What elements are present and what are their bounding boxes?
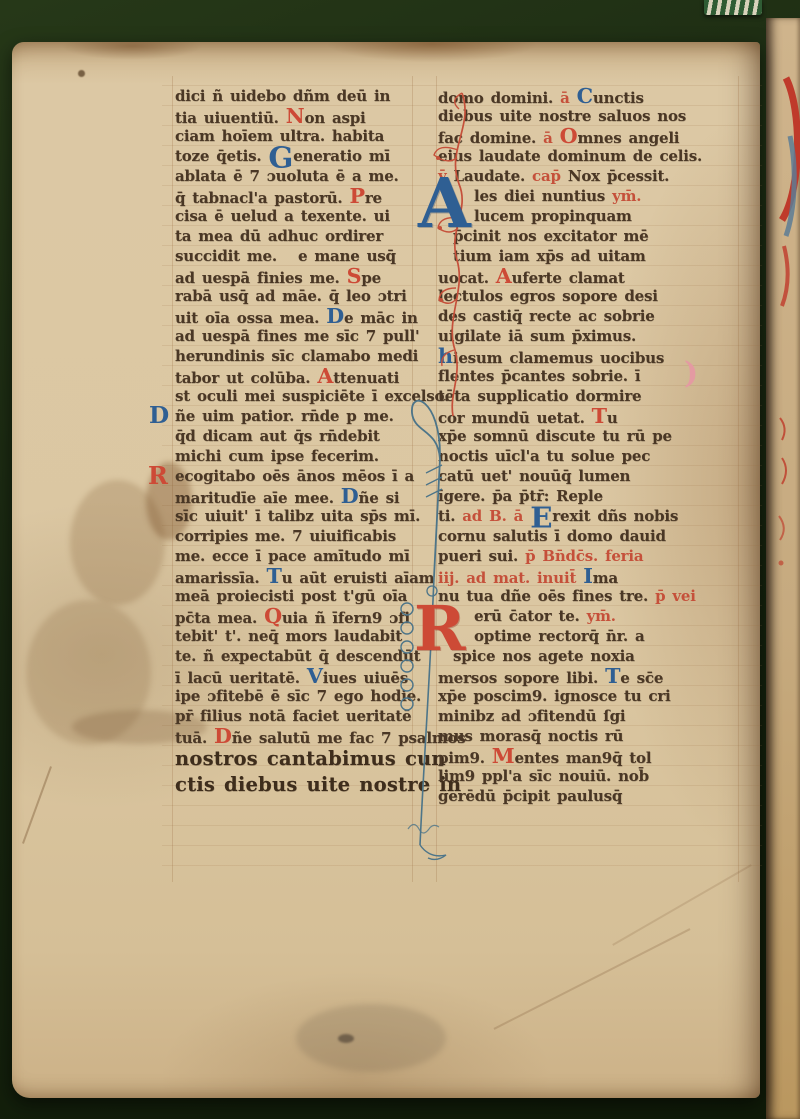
manuscript-line: p̄cinit nos excitator mē [438, 226, 746, 246]
text-segment: gerēdū p̄cipit paulusq̄ [438, 787, 622, 805]
manuscript-line: fac domine. ā Omnes angeli [438, 126, 746, 146]
text-segment: q̄d dicam aut q̄s rn̄debit [175, 427, 380, 445]
manuscript-line: dici ñ uidebo dñm deū in [175, 86, 427, 106]
text-segment: tabor ut colūba. [175, 369, 317, 387]
initial-letter: R [148, 466, 168, 486]
text-segment: ta mea dū adhuc ordirer [175, 227, 383, 245]
manuscript-line: catū uet' nouūq̄ lumen [438, 466, 746, 486]
manuscript-line: ta mea dū adhuc ordirer [175, 226, 427, 246]
manuscript-line: amarissīa. Tu aūt eruisti aīam [175, 566, 427, 586]
text-segment: unctis [593, 89, 644, 107]
manuscript-line: optime rectorq̄ n̄r. a [438, 626, 746, 646]
text-segment: dici ñ uidebo dñm deū in [175, 87, 390, 105]
ink-fleck [338, 1034, 354, 1043]
manuscript-line: īgere. p̄a p̄tr̄: Reple [438, 486, 746, 506]
manuscript-line: Dñe uim patior. rn̄de p me. [175, 406, 427, 426]
manuscript-line: ad uespā fines me sīc 7 pull' [175, 326, 427, 346]
manuscript-line: les diei nuntius ym̄. [438, 186, 746, 206]
text-segment: p̄cinit nos excitator mē [453, 227, 649, 245]
text-segment: ad uespā fines me sīc 7 pull' [175, 327, 419, 345]
initial-letter: T [605, 664, 620, 688]
manuscript-line: spice nos agete noxia [438, 646, 746, 666]
manuscript-line: ciam hoīem ultra. habita [175, 126, 427, 146]
text-segment: ablata ē 7 ɔuoluta ē a me. [175, 167, 399, 185]
text-segment: ñe uim patior. rn̄de p me. [175, 407, 394, 425]
manuscript-line: ctis diebus uite nostre in [175, 772, 427, 798]
text-segment: ecogitabo oēs ānos mēos ī a [175, 467, 414, 485]
text-segment: spice nos agete noxia [453, 647, 635, 665]
manuscript-line: ablata ē 7 ɔuoluta ē a me. [175, 166, 427, 186]
text-segment: toze q̄etis. [175, 147, 268, 165]
manuscript-line: tuā. Dñe salutū me fac 7 psalmos [175, 726, 427, 746]
manuscript-line: tabor ut colūba. Attenuati [175, 366, 427, 386]
text-segment: me. ecce ī pace amītudo mī [175, 547, 410, 565]
initial-letter: N [286, 104, 305, 128]
initial-letter: D [326, 304, 344, 328]
text-segment: cornu salutis ī domo dauid [438, 527, 666, 545]
text-segment: minibz ad ɔfitendū ſgi [438, 707, 625, 725]
red-penwork-flourish [432, 88, 482, 418]
manuscript-line: xp̄e somnū discute tu rū pe [438, 426, 746, 446]
manuscript-line: lectulos egros sopore desi [438, 286, 746, 306]
manuscript-page: dici ñ uidebo dñm deū intia uiuentiū. No… [12, 42, 760, 1098]
manuscript-line: pc̄ta mea. Quia ñ īfern9 ɔfi [175, 606, 427, 626]
manuscript-line: q̄ tabnacl'a pastorū. Pre [175, 186, 427, 206]
manuscript-line: meā proiecisti post t'gū oīa [175, 586, 427, 606]
pink-correction-mark: ) [684, 356, 698, 391]
text-segment: ī lacū ueritatē. [175, 669, 307, 687]
text-segment: q̄ tabnacl'a pastorū. [175, 189, 349, 207]
manuscript-line: ti. ad B. ā Erexit dñs nobis [438, 506, 746, 526]
text-segment: entes man9q̄ tol [514, 749, 651, 767]
manuscript-line: q̄d dicam aut q̄s rn̄debit [175, 426, 427, 446]
right-text-column: domo domini. ā Cunctisdiebus uite nostre… [438, 86, 746, 806]
manuscript-line: te. ñ expectabūt q̄ descendūt [175, 646, 427, 666]
text-segment: ttenuati [333, 369, 399, 387]
manuscript-line: pim9. Mentes man9q̄ tol [438, 746, 746, 766]
ink-dot [78, 70, 85, 77]
manuscript-line: cor mundū uetat. Tu [438, 406, 746, 426]
text-segment: uia ñ īfern9 ɔfi [282, 609, 410, 627]
text-segment: corripies me. 7 uiuificabis [175, 527, 396, 545]
text-segment: īgere. p̄a p̄tr̄: Reple [438, 487, 603, 505]
text-segment: lim9 ppl'a sīc nouiū. nob̄ [438, 767, 649, 785]
text-segment: Nox p̄cessit. [568, 167, 669, 185]
facing-page-illumination [766, 18, 800, 1119]
text-segment: lucem propinquam [474, 207, 632, 225]
text-segment: ad B. ā [462, 507, 530, 525]
text-segment: amarissīa. [175, 569, 266, 587]
manuscript-line: pueri sui. p̄ Bn̄dc̄s. feria [438, 546, 746, 566]
manuscript-line: uit oīa ossa mea. De māc in [175, 306, 427, 326]
initial-letter: D [214, 724, 232, 748]
initial-letter: D [149, 406, 169, 426]
manuscript-line: maritudīe aīe mee. Dñe si [175, 486, 427, 506]
text-segment: mus morasq̄ noctis rū [438, 727, 623, 745]
manuscript-line: eius laudate dominum de celis. [438, 146, 746, 166]
manuscript-line: hiesum clamemus uocibus [438, 346, 746, 366]
text-segment: ñe si [359, 489, 400, 507]
initial-letter: A [496, 264, 512, 288]
manuscript-line: me. ecce ī pace amītudo mī [175, 546, 427, 566]
initial-letter: D [341, 484, 359, 508]
manuscript-line: st oculi mei suspiciēte ī excelso. [175, 386, 427, 406]
text-segment: ā [543, 129, 560, 147]
manuscript-line: cisa ē uelud a texente. ui [175, 206, 427, 226]
text-segment: tebit' t'. neq̄ mors laudabit [175, 627, 402, 645]
text-segment: maritudīe aīe mee. [175, 489, 341, 507]
initial-letter: P [349, 184, 364, 208]
facing-page-edge [766, 18, 800, 1119]
text-segment: succidit me. e mane usq̄ [175, 247, 396, 265]
crease-line [22, 766, 52, 844]
text-segment: feria [605, 547, 643, 565]
manuscript-line: toze q̄etis. Generatio mī [175, 146, 427, 166]
text-segment: xp̄e poscim9. ignosce tu cri [438, 687, 671, 705]
manuscript-line: uocat. Auferte clamat [438, 266, 746, 286]
initial-letter: S [347, 264, 362, 288]
manuscript-line: lim9 ppl'a sīc nouiū. nob̄ [438, 766, 746, 786]
illuminated-initial-R: R [414, 598, 466, 660]
manuscript-line: ȳ Laudate. cap̄ Nox p̄cessit. [438, 166, 746, 186]
text-segment: on aspi [304, 109, 365, 127]
text-segment: mersos sopore libi. [438, 669, 605, 687]
text-segment: erū c̄ator te. [474, 607, 587, 625]
initial-letter: C [577, 84, 593, 108]
text-segment: e sc̄e [620, 669, 663, 687]
manuscript-line: tium iam xp̄s ad uitam [438, 246, 746, 266]
manuscript-line: Recogitabo oēs ānos mēos ī a [175, 466, 427, 486]
manuscript-line: diebus uite nostre saluos nos [438, 106, 746, 126]
text-segment: uit oīa ossa mea. [175, 309, 326, 327]
manuscript-line: nostros cantabimus cun [175, 746, 427, 772]
manuscript-line: ipe ɔfitebē ē sīc 7 ego hodie. [175, 686, 427, 706]
manuscript-line: rabā usq̄ ad māe. q̄ leo ɔtri [175, 286, 427, 306]
manuscript-line: sīc uiuit' ī talibz uita sp̄s mī. [175, 506, 427, 526]
manuscript-line: minibz ad ɔfitendū ſgi [438, 706, 746, 726]
text-segment: cap̄ [532, 167, 568, 185]
manuscript-line: tia uiuentiū. Non aspi [175, 106, 427, 126]
text-segment: re [365, 189, 382, 207]
manuscript-line: iij. ad mat. inuit̄ Ima [438, 566, 746, 586]
manuscript-line: noctis uīcl'a tu solue pec [438, 446, 746, 466]
text-segment: ad uespā finies me. [175, 269, 347, 287]
manuscript-line: domo domini. ā Cunctis [438, 86, 746, 106]
parchment-smudge [296, 1004, 446, 1072]
manuscript-line: tēta supplicatio dormire [438, 386, 746, 406]
initial-letter: V [307, 664, 323, 688]
initial-letter: I [583, 564, 592, 588]
text-segment: les diei nuntius [474, 187, 612, 205]
text-segment: e māc in [344, 309, 418, 327]
initial-letter: T [266, 564, 281, 588]
initial-letter: A [317, 364, 333, 388]
manuscript-line: uigilate iā sum p̄ximus. [438, 326, 746, 346]
manuscript-line: cornu salutis ī domo dauid [438, 526, 746, 546]
text-segment: pe [361, 269, 381, 287]
text-segment: mnes angeli [577, 129, 679, 147]
text-segment: xp̄e somnū discute tu rū pe [438, 427, 672, 445]
manuscript-line: mersos sopore libi. Te sc̄e [438, 666, 746, 686]
text-segment: michi cum ipse fecerim. [175, 447, 379, 465]
manuscript-line: michi cum ipse fecerim. [175, 446, 427, 466]
manuscript-photo: dici ñ uidebo dñm deū intia uiuentiū. No… [0, 0, 800, 1119]
text-segment: ipe ɔfitebē ē sīc 7 ego hodie. [175, 687, 421, 705]
manuscript-line: lucem propinquam [438, 206, 746, 226]
text-segment: cisa ē uelud a texente. ui [175, 207, 390, 225]
text-segment: ma [593, 569, 618, 587]
text-segment: p̄ Bn̄dc̄s. [525, 547, 605, 565]
text-segment: rabā usq̄ ad māe. q̄ leo ɔtri [175, 287, 407, 305]
initial-letter: M [492, 744, 515, 768]
text-segment: optime rectorq̄ n̄r. a [474, 627, 644, 645]
manuscript-line: tebit' t'. neq̄ mors laudabit [175, 626, 427, 646]
manuscript-line: gerēdū p̄cipit paulusq̄ [438, 786, 746, 806]
manuscript-line: pr̄ filius notā faciet ueritatē [175, 706, 427, 726]
text-segment: pr̄ filius notā faciet ueritatē [175, 707, 411, 725]
text-segment: tia uiuentiū. [175, 109, 286, 127]
manuscript-line: des castiq̄ recte ac sobrie [438, 306, 746, 326]
text-segment: eneratio mī [293, 147, 390, 165]
text-segment: rexit dñs nobis [552, 507, 678, 525]
manuscript-line: nu tua dñe oēs fines tre. p̄ vei [438, 586, 746, 606]
text-segment: uferte clamat [512, 269, 625, 287]
manuscript-line: corripies me. 7 uiuificabis [175, 526, 427, 546]
text-segment: p̄ vei [655, 587, 696, 605]
manuscript-line: flentes p̄cantes sobrie. ī [438, 366, 746, 386]
endband-stripes [704, 0, 762, 15]
initial-letter: T [592, 404, 607, 428]
text-segment: iesum clamemus uocibus [453, 349, 664, 367]
text-segment: sīc uiuit' ī talibz uita sp̄s mī. [175, 507, 420, 525]
text-segment: noctis uīcl'a tu solue pec [438, 447, 650, 465]
text-segment: catū uet' nouūq̄ lumen [438, 467, 630, 485]
text-segment: ā [560, 89, 577, 107]
text-segment: ym̄. [587, 607, 616, 625]
text-segment: te. ñ expectabūt q̄ descendūt [175, 647, 420, 665]
manuscript-line: ī lacū ueritatē. Viues uiuēs [175, 666, 427, 686]
crease-line [494, 928, 691, 1030]
illuminated-initial-A: A [418, 170, 471, 238]
initial-letter: Q [264, 604, 282, 628]
manuscript-line: herundinis sīc clamabo medi [175, 346, 427, 366]
manuscript-line: succidit me. e mane usq̄ [175, 246, 427, 266]
left-text-column: dici ñ uidebo dñm deū intia uiuentiū. No… [175, 86, 427, 798]
text-segment: u [607, 409, 618, 427]
manuscript-line: xp̄e poscim9. ignosce tu cri [438, 686, 746, 706]
manuscript-line: ad uespā finies me. Spe [175, 266, 427, 286]
text-segment: pc̄ta mea. [175, 609, 264, 627]
manuscript-line: mus morasq̄ noctis rū [438, 726, 746, 746]
initial-letter: O [560, 124, 578, 148]
text-segment: ym̄. [612, 187, 641, 205]
text-segment: tuā. [175, 729, 214, 747]
text-segment: herundinis sīc clamabo medi [175, 347, 418, 365]
text-segment: meā proiecisti post t'gū oīa [175, 587, 407, 605]
manuscript-line: erū c̄ator te. ym̄. [438, 606, 746, 626]
text-segment: nu tua dñe oēs fines tre. [438, 587, 655, 605]
